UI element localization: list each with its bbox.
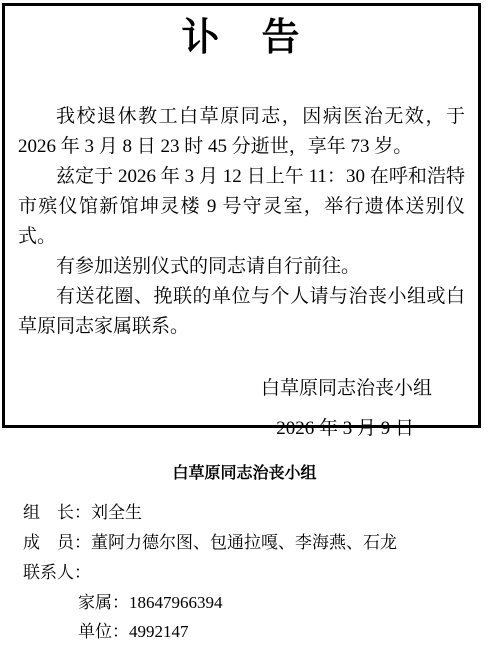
committee-section: 白草原同志治丧小组 组 长：刘全生 成 员：董阿力德尔图、包通拉嘎、李海燕、石龙… <box>0 464 489 645</box>
notice-paragraph-death: 我校退休教工白草原同志，因病医治无效，于 2026 年 3 月 8 日 23 时… <box>18 102 465 162</box>
contact-unit-label: 单位： <box>78 622 129 641</box>
notice-body: 我校退休教工白草原同志，因病医治无效，于 2026 年 3 月 8 日 23 时… <box>18 102 465 342</box>
notice-paragraph-wreaths: 有送花圈、挽联的单位与个人请与治丧小组或白草原同志家属联系。 <box>18 282 465 342</box>
leader-line: 组 长：刘全生 <box>0 498 489 528</box>
contact-unit-line: 单位：4992147 <box>0 617 489 645</box>
members-label: 成 员： <box>23 533 91 552</box>
contact-family-label: 家属： <box>78 593 129 612</box>
members-names: 董阿力德尔图、包通拉嘎、李海燕、石龙 <box>91 533 397 552</box>
committee-heading: 白草原同志治丧小组 <box>0 464 489 484</box>
leader-label: 组 长： <box>23 503 91 522</box>
members-line: 成 员：董阿力德尔图、包通拉嘎、李海燕、石龙 <box>0 528 489 558</box>
contacts-label: 联系人： <box>23 563 91 582</box>
date-line: 2026 年 3 月 9 日 <box>5 418 478 440</box>
contacts-label-line: 联系人： <box>0 558 489 588</box>
leader-name: 刘全生 <box>91 503 142 522</box>
signature-line: 白草原同志治丧小组 <box>5 378 478 400</box>
contact-unit-phone: 4992147 <box>129 622 189 641</box>
contact-family-phone: 18647966394 <box>129 593 223 612</box>
contact-family-line: 家属：18647966394 <box>0 588 489 617</box>
notice-title: 讣 告 <box>5 19 478 57</box>
obituary-notice-box: 讣 告 我校退休教工白草原同志，因病医治无效，于 2026 年 3 月 8 日 … <box>2 3 481 428</box>
notice-paragraph-attendance: 有参加送别仪式的同志请自行前往。 <box>18 252 465 282</box>
notice-paragraph-ceremony: 兹定于 2026 年 3 月 12 日上午 11：30 在呼和浩特市殡仪馆新馆坤… <box>18 162 465 252</box>
